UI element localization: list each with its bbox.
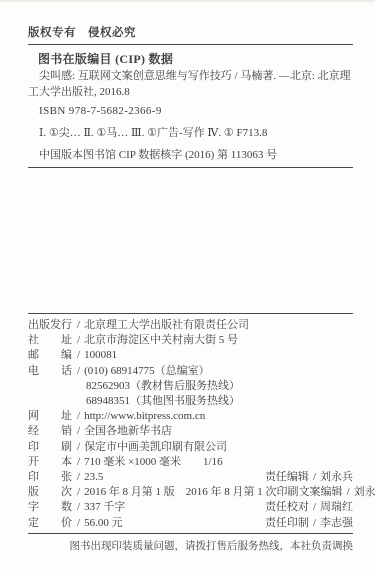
copyright-notice: 版权专有 侵权必究 [28,27,353,45]
row-separator: / [77,318,80,333]
row-label: 印 刷 [28,440,73,455]
row-separator: / [77,500,80,515]
page-top-edge [0,0,375,3]
copyright-page: 版权专有 侵权必究 图书在版编目 (CIP) 数据 尖叫感: 互联网文案创意思维… [0,0,375,573]
publication-row-sheets: 印 张/23.5 责任编辑/刘永兵 [28,470,353,485]
credit-label: 责任印制 [265,517,309,529]
publication-row-distribution: 经 销/全国各地新华书店 [28,424,353,439]
credit-value: 刘永兵 [320,471,353,483]
credit-entry: 责任校对/周瑞红 [265,500,353,515]
credit-value: 李志强 [320,517,353,529]
row-value-url: http://www.bitpress.com.cn [84,409,205,424]
row-value: 北京市海淀区中关村南大街 5 号 [84,333,238,348]
row-separator: / [77,333,80,348]
publication-row-phone: 电 话/(010) 68914775（总编室） [28,364,353,379]
quality-note: 图书出现印装质量问题，请拨打售后服务热线，本社负责调换 [28,540,353,553]
credit-label: 责任编辑 [265,471,309,483]
row-label: 印 张 [28,470,73,485]
credit-separator: / [347,486,350,498]
publication-row-edition: 版 次/2016 年 8 月第 1 版 2016 年 8 月第 1 次印刷 文案… [28,485,353,500]
credit-label: 文案编辑 [299,486,343,498]
publication-row-phone-2: 82562903（教材售后服务热线） [28,379,353,394]
row-value: 保定市中画美凯印刷有限公司 [84,440,227,455]
row-value: 2016 年 8 月第 1 版 2016 年 8 月第 1 次印刷 [84,485,299,500]
row-separator: / [77,470,80,485]
publication-row-wordcount: 字 数/337 千字 责任校对/周瑞红 [28,500,353,515]
cip-isbn: ISBN 978-7-5682-2366-9 [28,104,353,118]
row-label: 经 销 [28,424,73,439]
row-label: 版 次 [28,485,73,500]
row-separator: / [77,485,80,500]
row-label: 邮 编 [28,348,73,363]
publication-row-phone-3: 68948351（其他图书服务热线） [28,394,353,409]
cip-description: 尖叫感: 互联网文案创意思维与写作技巧 / 马楠著. —北京: 北京理工大学出版… [28,69,353,100]
row-label: 开 本 [28,455,73,470]
row-separator: / [77,409,80,424]
row-separator: / [77,364,80,379]
blank-area [28,168,353,313]
row-label: 定 价 [28,516,73,531]
row-separator: / [77,348,80,363]
credit-separator: / [313,471,316,483]
publication-row-printer: 印 刷/保定市中画美凯印刷有限公司 [28,440,353,455]
credit-entry: 责任印制/李志强 [265,516,353,531]
row-separator: / [77,516,80,531]
row-value: 北京理工大学出版社有限责任公司 [84,318,249,333]
publication-info: 出版发行/北京理工大学出版社有限责任公司 社 址/北京市海淀区中关村南大街 5 … [28,313,353,534]
row-value: 全国各地新华书店 [84,424,172,439]
row-value: 82562903（教材售后服务热线） [86,379,240,394]
row-value: 100081 [84,348,117,363]
row-value: 337 千字 [84,500,125,515]
publication-row-publisher: 出版发行/北京理工大学出版社有限责任公司 [28,318,353,333]
credit-value: 周瑞红 [320,501,353,513]
cip-record: 中国版本图书馆 CIP 数据核字 (2016) 第 113063 号 [28,148,353,162]
credit-entry: 责任编辑/刘永兵 [265,470,353,485]
row-separator: / [77,455,80,470]
credit-label: 责任校对 [265,501,309,513]
publication-row-price: 定 价/56.00 元 责任印制/李志强 [28,516,353,531]
cip-section: 图书在版编目 (CIP) 数据 尖叫感: 互联网文案创意思维与写作技巧 / 马楠… [28,52,353,168]
row-label: 网 址 [28,409,73,424]
row-label: 出版发行 [28,318,73,333]
cip-classification: Ⅰ. ①尖… Ⅱ. ①马… Ⅲ. ①广告-写作 Ⅳ. ① F713.8 [28,126,353,140]
publication-row-format: 开 本/710 毫米 ×1000 毫米 1/16 [28,455,353,470]
cip-title: 图书在版编目 (CIP) 数据 [28,52,353,66]
row-value: 56.00 元 [84,516,123,531]
row-label: 电 话 [28,364,73,379]
row-value: (010) 68914775（总编室） [84,364,210,379]
credit-value: 刘永兵 [354,486,375,498]
row-value: 68948351（其他图书服务热线） [86,394,240,409]
row-label: 字 数 [28,500,73,515]
row-value: 23.5 [84,470,103,485]
row-separator: / [77,440,80,455]
credit-separator: / [313,501,316,513]
credit-entry: 文案编辑/刘永兵 [299,485,375,500]
publication-row-postcode: 邮 编/100081 [28,348,353,363]
publication-row-website: 网 址/http://www.bitpress.com.cn [28,409,353,424]
row-value: 710 毫米 ×1000 毫米 1/16 [84,455,223,470]
row-separator: / [77,424,80,439]
publication-row-address: 社 址/北京市海淀区中关村南大街 5 号 [28,333,353,348]
row-label: 社 址 [28,333,73,348]
credit-separator: / [313,517,316,529]
